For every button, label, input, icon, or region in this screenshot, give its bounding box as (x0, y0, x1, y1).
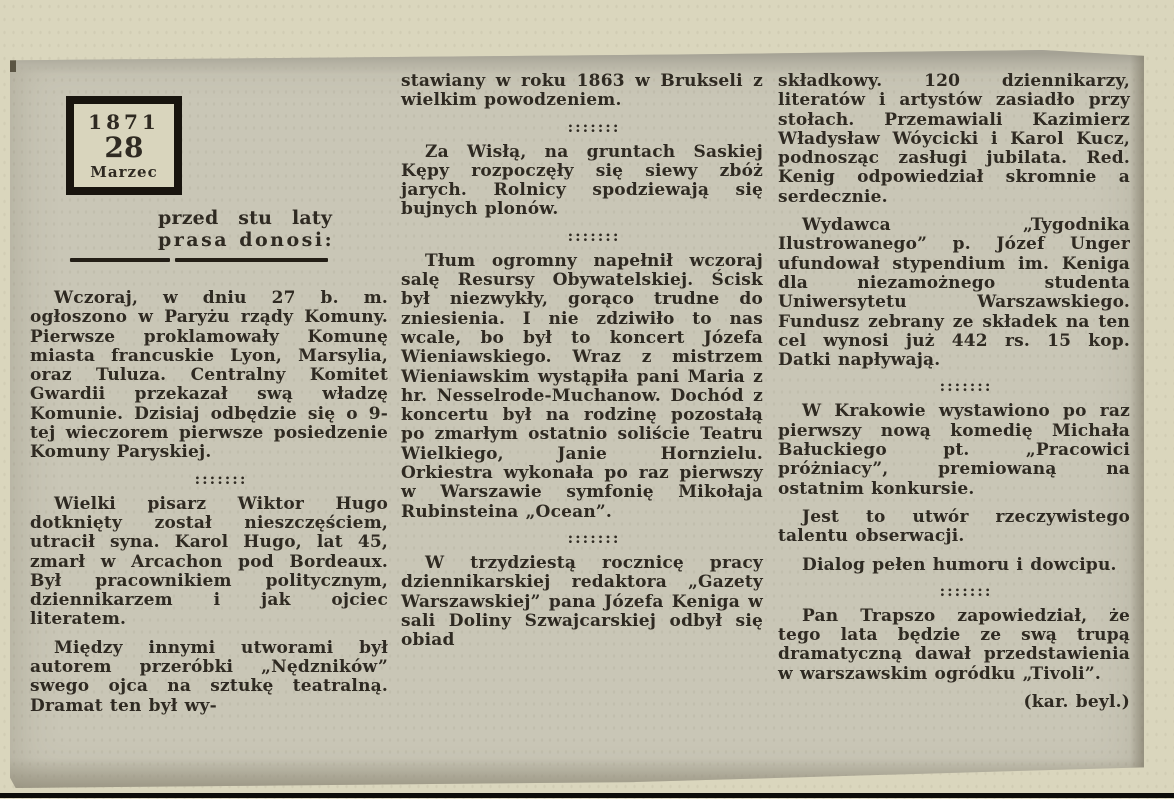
article-paragraph: Jest to utwór rzeczywistego talentu obse… (778, 508, 1130, 547)
article-paragraph: Pan Trapszo zapowiedział, że tego lata b… (778, 607, 1130, 684)
section-title-line1: przed stu laty (158, 207, 388, 229)
article-paragraph: Wielki pisarz Wiktor Hugo dotknięty zost… (30, 495, 388, 630)
stamp-year: 1871 (74, 112, 174, 132)
paragraph-divider: ::::::: (778, 584, 1130, 598)
newspaper-clipping: 1871 28 Marzec przed stu laty prasa dono… (10, 50, 1144, 788)
torn-edge-mark (10, 56, 16, 72)
stamp-month: Marzec (74, 165, 174, 180)
column-2: stawiany w roku 1863 w Brukseli z wielki… (401, 72, 763, 659)
column-3: składkowy. 120 dziennikarzy, literatów i… (778, 72, 1130, 721)
date-stamp: 1871 28 Marzec (66, 96, 182, 195)
paragraph-divider: ::::::: (30, 472, 388, 486)
section-title-line2: prasa donosi: (158, 229, 388, 251)
article-paragraph: Za Wisłą, na gruntach Saskiej Kępy rozpo… (401, 143, 763, 220)
paragraph-divider: ::::::: (401, 120, 763, 134)
article-paragraph: W trzydziestą rocznicę pracy dziennikars… (401, 554, 763, 650)
stamp-day: 28 (74, 134, 174, 162)
article-paragraph: Wydawca „Tygodnika Ilustrowanego” p. Józ… (778, 216, 1130, 370)
paragraph-divider: ::::::: (401, 531, 763, 545)
article-paragraph: stawiany w roku 1863 w Brukseli z wielki… (401, 72, 763, 111)
paragraph-divider: ::::::: (778, 379, 1130, 393)
underline-segment (175, 258, 328, 262)
column-1: 1871 28 Marzec przed stu laty prasa dono… (30, 72, 388, 725)
paragraph-divider: ::::::: (401, 229, 763, 243)
article-paragraph: składkowy. 120 dziennikarzy, literatów i… (778, 72, 1130, 207)
article-paragraph: Dialog pełen humoru i dowcipu. (778, 556, 1130, 575)
bottom-rule (0, 793, 1174, 798)
article-paragraph: Wczoraj, w dniu 27 b. m. ogłoszono w Par… (30, 289, 388, 463)
section-title: przed stu laty prasa donosi: (158, 207, 388, 251)
article-paragraph: W Krakowie wystawiono po raz pierwszy no… (778, 402, 1130, 498)
title-underline (70, 258, 388, 262)
author-signature: (kar. beyl.) (778, 693, 1130, 712)
article-paragraph: Między innymi utworami był autorem przer… (30, 639, 388, 716)
article-paragraph: Tłum ogromny napełnił wczoraj salę Resur… (401, 252, 763, 522)
underline-segment (70, 258, 170, 262)
